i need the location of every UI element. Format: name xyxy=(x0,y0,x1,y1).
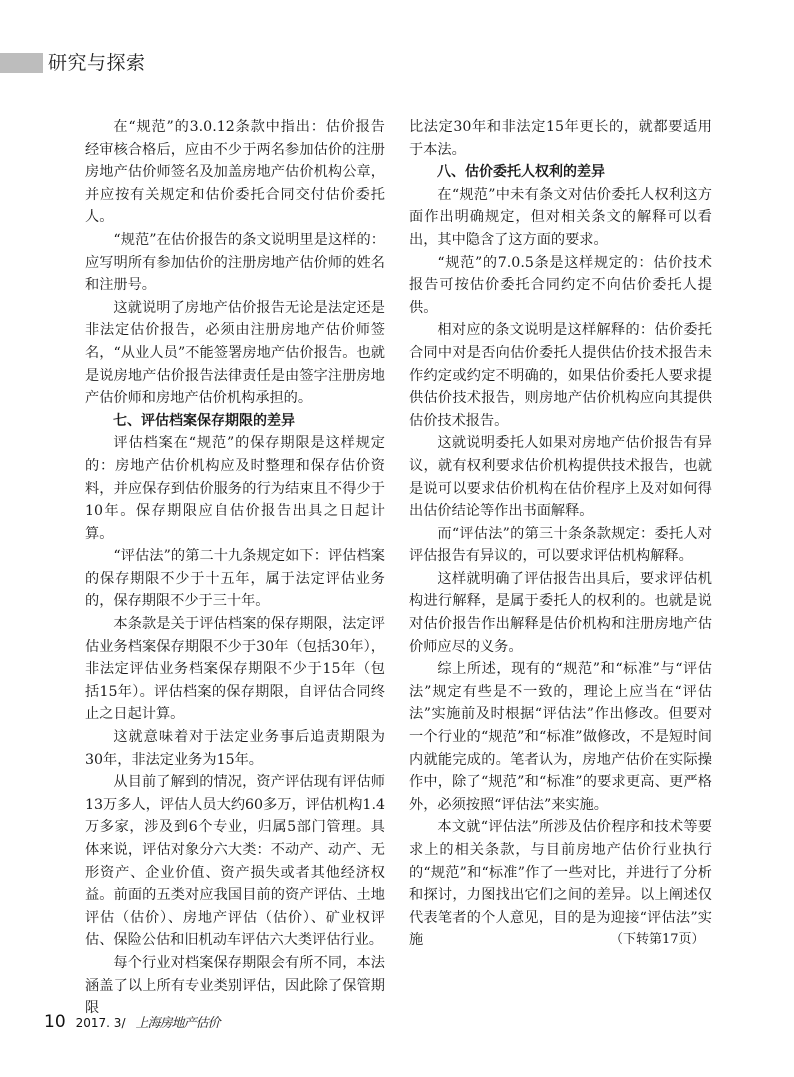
section-heading: 七、评估档案保存期限的差异 xyxy=(85,410,385,433)
paragraph: 而“评估法”的第三十条条款规定：委托人对评估报告有异议的，可以要求评估机构解释。 xyxy=(409,523,712,568)
paragraph: 在“规范”的3.0.12条款中指出：估价报告经审核合格后，应由不少于两名参加估价… xyxy=(85,116,385,229)
page-footer: 10 2017. 3/ 上海房地产估价 xyxy=(44,1012,220,1032)
paragraph: “规范”的7.0.5条是这样规定的：估价技术报告可按估价委托合同约定不向估价委托… xyxy=(409,252,712,320)
paragraph: 从目前了解到的情况，资产评估现有评估师13万多人，评估人员大约60多万，评估机构… xyxy=(85,771,385,952)
paragraph: “规范”在估价报告的条文说明里是这样的：应写明所有参加估价的注册房地产估价师的姓… xyxy=(85,229,385,297)
paragraph: 综上所述，现有的“规范”和“标准”与“评估法”规定有些是不一致的，理论上应当在“… xyxy=(409,658,712,816)
paragraph: 相对应的条文说明是这样解释的：估价委托合同中对是否向估价委托人提供估价技术报告未… xyxy=(409,319,712,432)
magazine-name-logo: 上海房地产估价 xyxy=(136,1012,220,1031)
page-number: 10 xyxy=(44,1012,66,1032)
issue-label: 2017. 3/ xyxy=(76,1016,126,1030)
section-title: 研究与探索 xyxy=(48,50,146,76)
paragraph: 评估档案在“规范”的保存期限是这样规定的：房地产估价机构应及时整理和保存估价资料… xyxy=(85,432,385,545)
article-column-left: 在“规范”的3.0.12条款中指出：估价报告经审核合格后，应由不少于两名参加估价… xyxy=(85,116,385,1020)
paragraph: 这样就明确了评估报告出具后，要求评估机构进行解释，是属于委托人的权利的。也就是说… xyxy=(409,568,712,658)
paragraph: 比法定30年和非法定15年更长的，就都要适用于本法。 xyxy=(409,116,712,161)
paragraph: 每个行业对档案保存期限会有所不同，本法涵盖了以上所有专业类别评估，因此除了保管期… xyxy=(85,952,385,1020)
paragraph: 这就意味着对于法定业务事后追责期限为30年，非法定业务为15年。 xyxy=(85,726,385,771)
article-column-right: 比法定30年和非法定15年更长的，就都要适用于本法。八、估价委托人权利的差异在“… xyxy=(409,116,712,952)
paragraph: 在“规范”中未有条文对估价委托人权利这方面作出明确规定，但对相关条文的解释可以看… xyxy=(409,184,712,252)
paragraph: 这就说明了房地产估价报告无论是法定还是非法定估价报告，必须由注册房地产估价师签名… xyxy=(85,297,385,410)
section-header-bar xyxy=(0,53,43,73)
paragraph: 这就说明委托人如果对房地产估价报告有异议，就有权利要求估价机构提供技术报告，也就… xyxy=(409,432,712,522)
section-heading: 八、估价委托人权利的差异 xyxy=(409,161,712,184)
paragraph: “评估法”的第二十九条规定如下：评估档案的保存期限不少于十五年，属于法定评估业务… xyxy=(85,545,385,613)
paragraph: 本条款是关于评估档案的保存期限，法定评估业务档案保存期限不少于30年（包括30年… xyxy=(85,613,385,726)
continued-on-page-note: （下转第17页） xyxy=(610,930,705,950)
